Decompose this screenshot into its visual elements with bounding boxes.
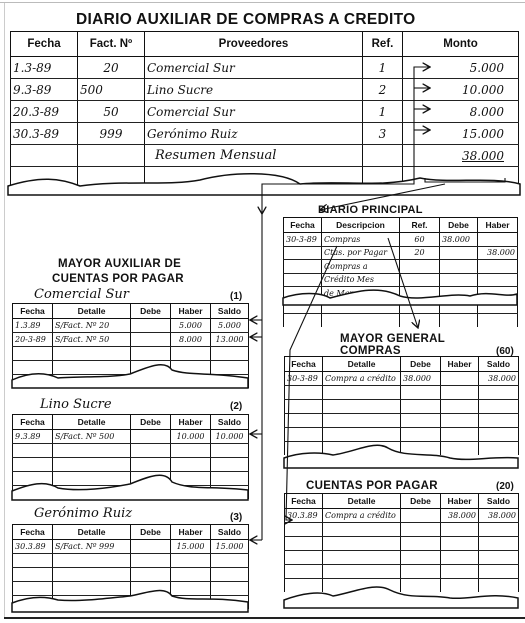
- connector-lines: [0, 0, 525, 623]
- accounting-flow-diagram: DIARIO AUXILIAR DE COMPRAS A CREDITO Fec…: [0, 0, 525, 623]
- torn-edges: [8, 174, 520, 612]
